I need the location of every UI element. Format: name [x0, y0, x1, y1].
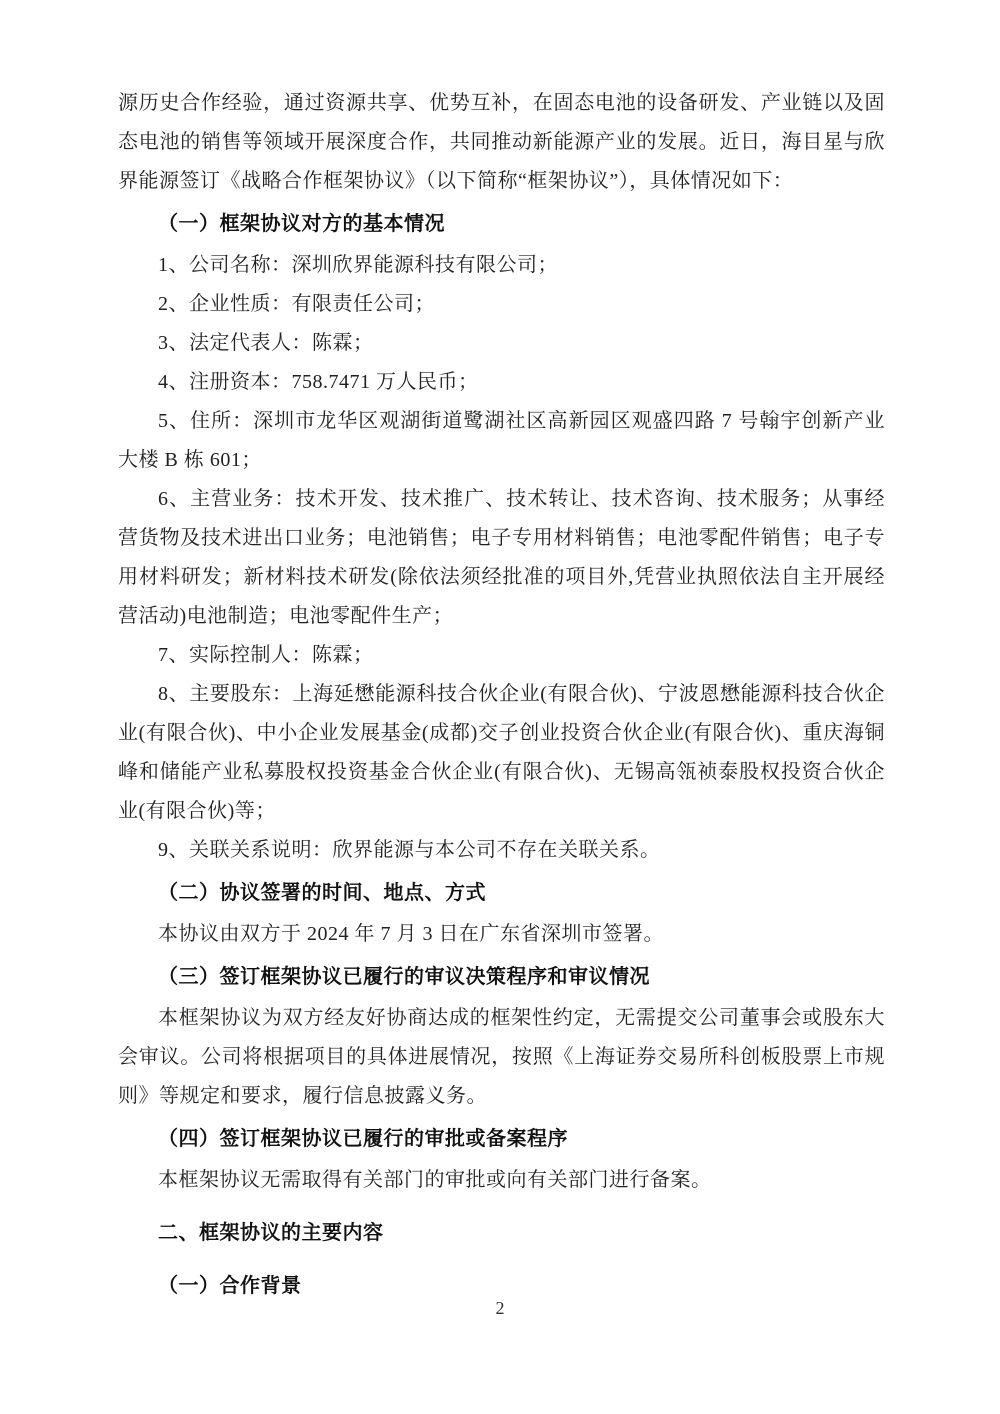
heading-review-decision-procedure: （三）签订框架协议已履行的审议决策程序和审议情况	[118, 958, 885, 997]
document-body: 源历史合作经验，通过资源共享、优势互补，在固态电池的设备研发、产业链以及固态电池…	[118, 84, 885, 1308]
page-number: 2	[0, 1298, 1000, 1319]
item-address: 5、住所：深圳市龙华区观湖街道鹭湖社区高新园区观盛四路 7 号翰宇创新产业大楼 …	[118, 402, 885, 480]
paragraph-intro-continuation: 源历史合作经验，通过资源共享、优势互补，在固态电池的设备研发、产业链以及固态电池…	[118, 84, 885, 201]
item-related-party-statement: 9、关联关系说明：欣界能源与本公司不存在关联关系。	[118, 831, 885, 870]
item-company-type: 2、企业性质：有限责任公司；	[118, 285, 885, 324]
heading-approval-filing-procedure: （四）签订框架协议已履行的审批或备案程序	[118, 1120, 885, 1159]
heading-counterparty-basic-info: （一）框架协议对方的基本情况	[118, 205, 885, 244]
paragraph-signing-details: 本协议由双方于 2024 年 7 月 3 日在广东省深圳市签署。	[118, 915, 885, 954]
item-main-business: 6、主营业务：技术开发、技术推广、技术转让、技术咨询、技术服务；从事经营货物及技…	[118, 480, 885, 636]
item-company-name: 1、公司名称：深圳欣界能源科技有限公司；	[118, 246, 885, 285]
paragraph-approval-filing-details: 本框架协议无需取得有关部门的审批或向有关部门进行备案。	[118, 1161, 885, 1200]
paragraph-review-decision-details: 本框架协议为双方经友好协商达成的框架性约定，无需提交公司董事会或股东大会审议。公…	[118, 999, 885, 1116]
item-legal-representative: 3、法定代表人：陈霖；	[118, 324, 885, 363]
document-page: 源历史合作经验，通过资源共享、优势互补，在固态电池的设备研发、产业链以及固态电池…	[0, 0, 1000, 1414]
heading-framework-agreement-main-content: 二、框架协议的主要内容	[118, 1214, 885, 1253]
item-registered-capital: 4、注册资本：758.7471 万人民币；	[118, 363, 885, 402]
item-major-shareholders: 8、主要股东：上海延懋能源科技合伙企业(有限合伙)、宁波恩懋能源科技合伙企业(有…	[118, 675, 885, 831]
heading-signing-time-place-method: （二）协议签署的时间、地点、方式	[118, 874, 885, 913]
item-actual-controller: 7、实际控制人：陈霖；	[118, 636, 885, 675]
